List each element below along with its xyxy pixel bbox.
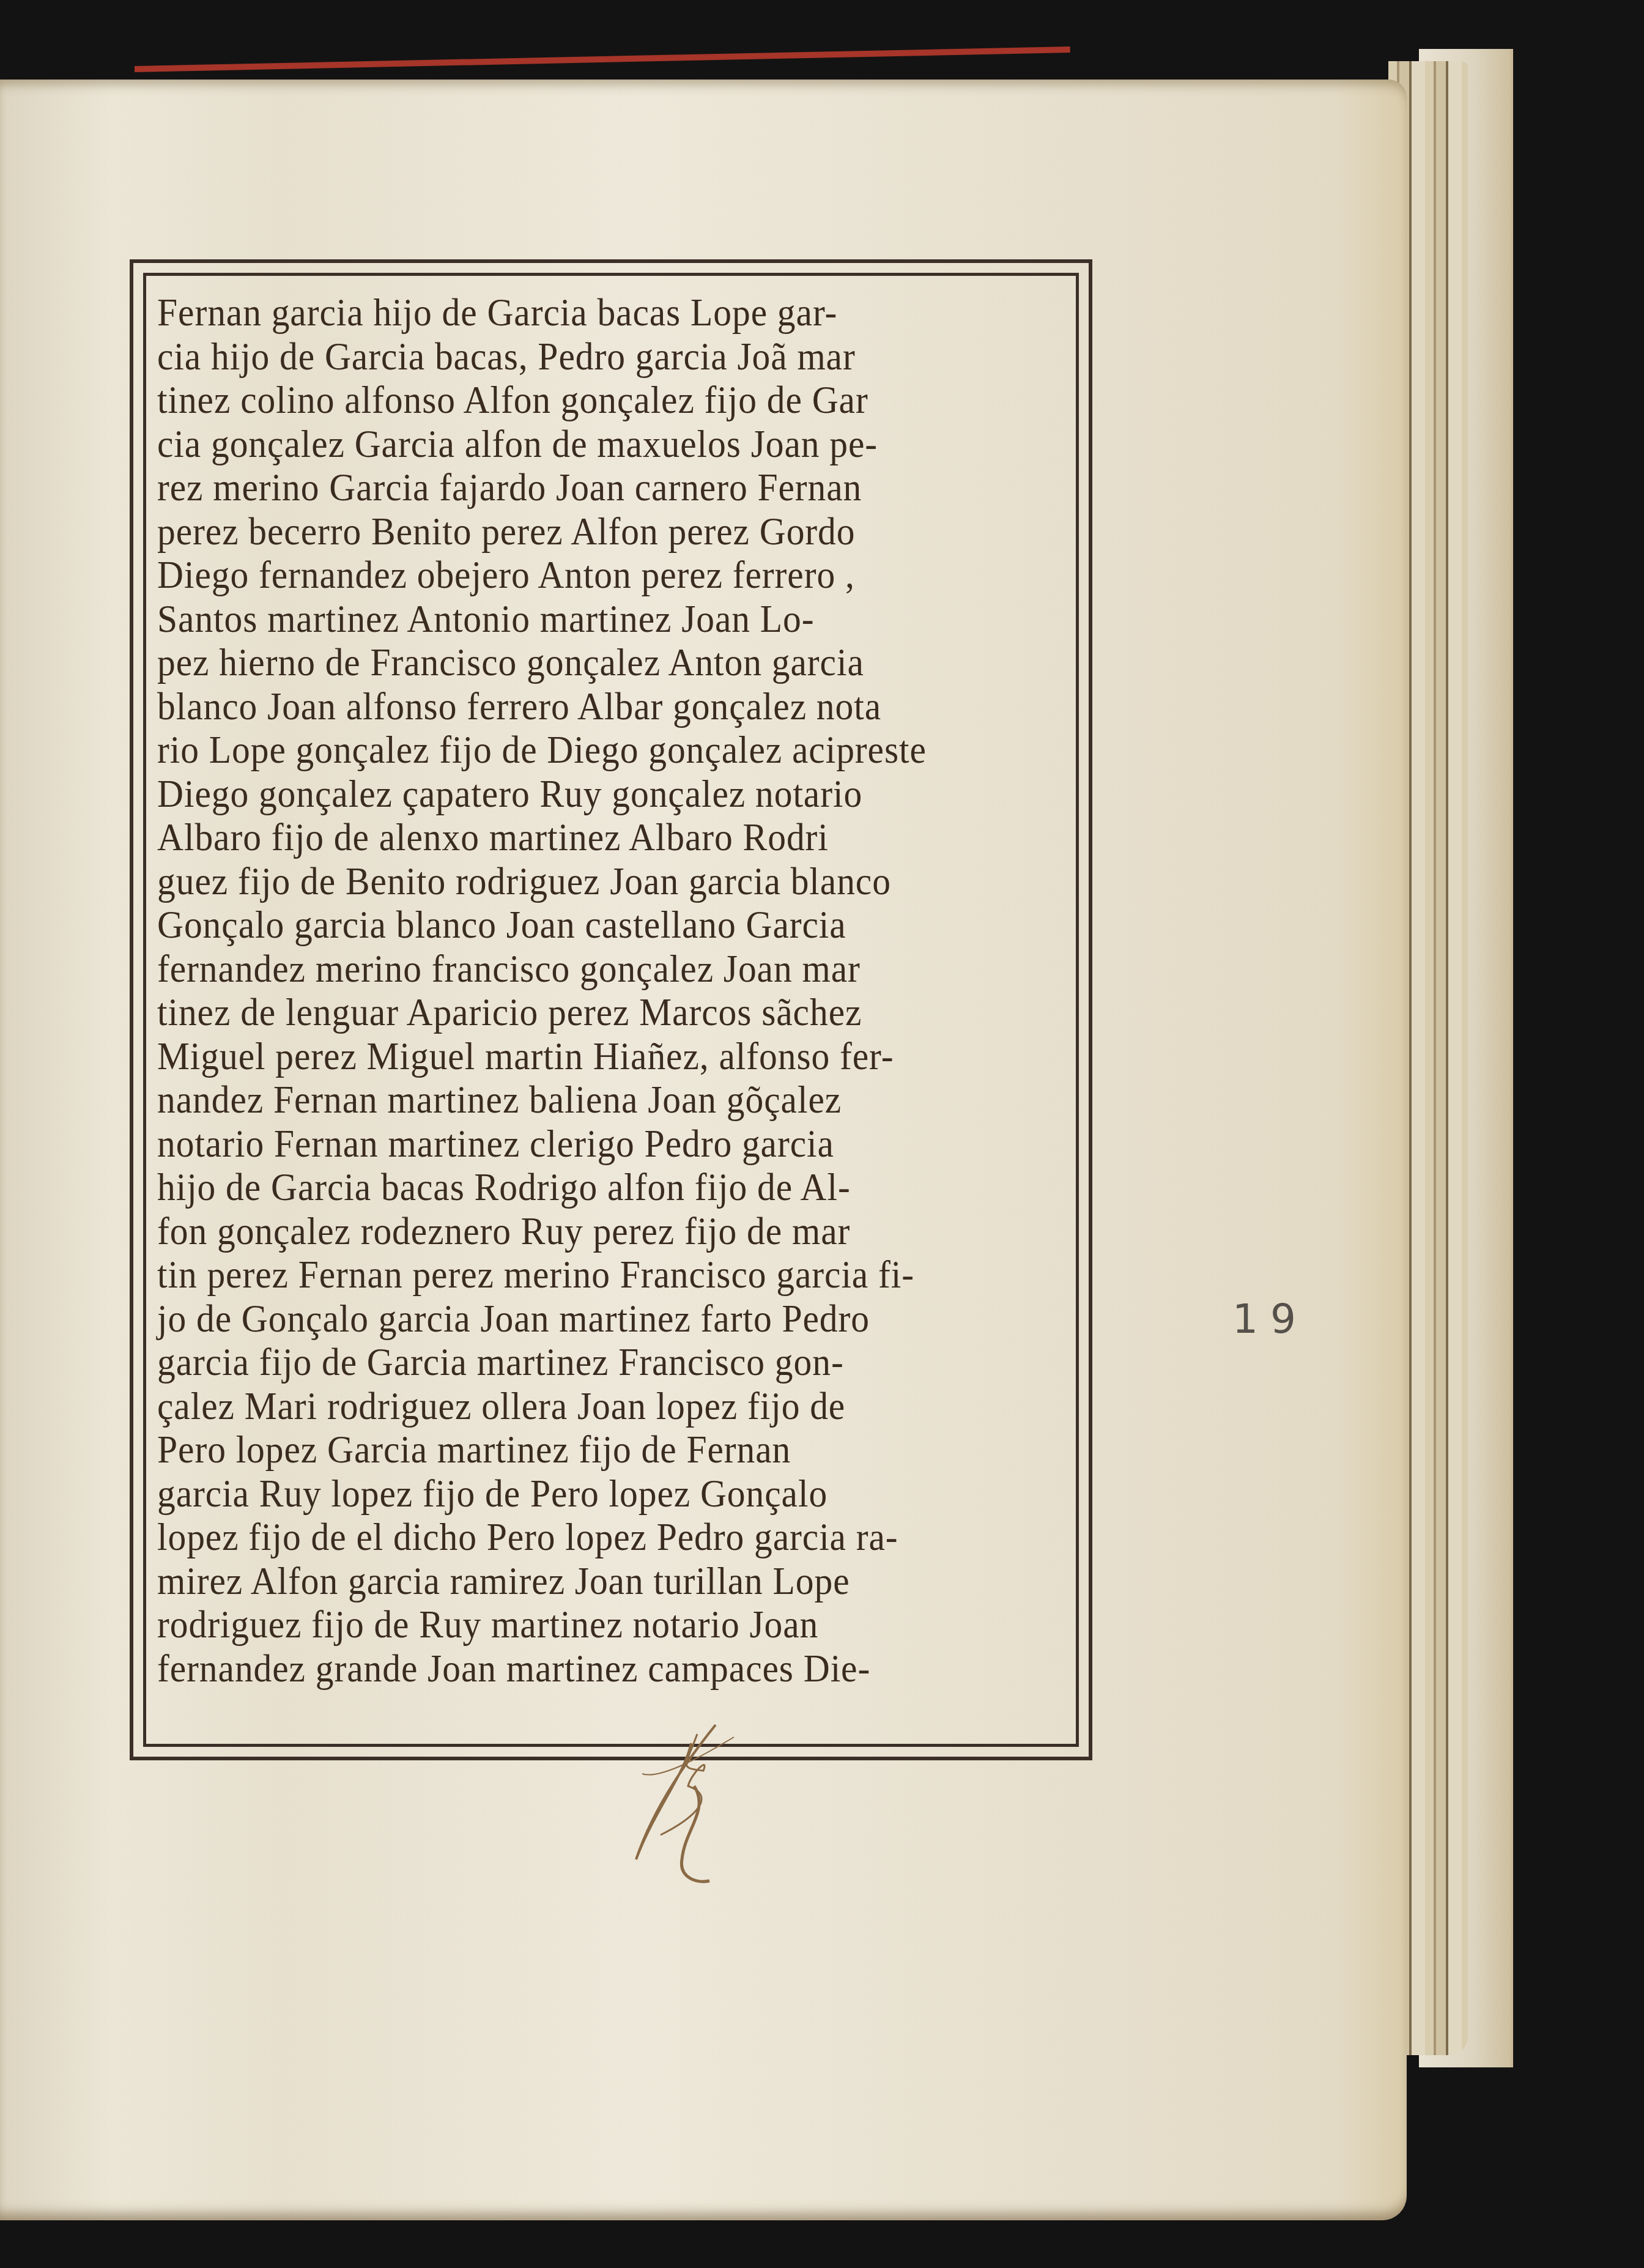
text-line: jo de Gonçalo garcia Joan martinez farto…	[157, 1297, 999, 1341]
text-line: Gonçalo garcia blanco Joan castellano Ga…	[157, 903, 999, 947]
notarial-rubric-icon	[618, 1719, 740, 1902]
red-edge-stain	[135, 46, 1070, 72]
text-line: Albaro fijo de alenxo martinez Albaro Ro…	[157, 815, 999, 859]
text-line: rodriguez fijo de Ruy martinez notario J…	[157, 1603, 999, 1647]
text-line: fernandez grande Joan martinez campaces …	[157, 1647, 999, 1691]
text-line: perez becerro Benito perez Alfon perez G…	[157, 510, 999, 554]
text-line: guez fijo de Benito rodriguez Joan garci…	[157, 859, 999, 903]
text-line: hijo de Garcia bacas Rodrigo alfon fijo …	[157, 1165, 999, 1209]
text-line: garcia Ruy lopez fijo de Pero lopez Gonç…	[157, 1472, 999, 1516]
text-line: Diego fernandez obejero Anton perez ferr…	[157, 553, 999, 597]
text-block: Fernan garcia hijo de Garcia bacas Lope …	[143, 273, 1079, 1747]
text-line: Santos martinez Antonio martinez Joan Lo…	[157, 597, 999, 641]
text-line: rez merino Garcia fajardo Joan carnero F…	[157, 465, 999, 510]
text-line: rio Lope gonçalez fijo de Diego gonçalez…	[157, 728, 999, 772]
text-line: pez hierno de Francisco gonçalez Anton g…	[157, 640, 999, 684]
text-line: garcia fijo de Garcia martinez Francisco…	[157, 1340, 999, 1384]
text-line: cia hijo de Garcia bacas, Pedro garcia J…	[157, 335, 999, 379]
text-line: cia gonçalez Garcia alfon de maxuelos Jo…	[157, 422, 999, 466]
text-line: lopez fijo de el dicho Pero lopez Pedro …	[157, 1515, 999, 1559]
text-line: nandez Fernan martinez baliena Joan gõça…	[157, 1078, 999, 1122]
text-line: Miguel perez Miguel martin Hiañez, alfon…	[157, 1034, 999, 1078]
text-line: tin perez Fernan perez merino Francisco …	[157, 1253, 999, 1297]
text-line: fon gonçalez rodeznero Ruy perez fijo de…	[157, 1209, 999, 1253]
text-line: Diego gonçalez çapatero Ruy gonçalez not…	[157, 772, 999, 816]
text-line: mirez Alfon garcia ramirez Joan turillan…	[157, 1559, 999, 1603]
text-line: tinez colino alfonso Alfon gonçalez fijo…	[157, 378, 999, 422]
text-line: blanco Joan alfonso ferrero Albar gonçal…	[157, 684, 999, 728]
folio-number: 19	[1232, 1295, 1308, 1343]
text-line: Fernan garcia hijo de Garcia bacas Lope …	[157, 291, 999, 335]
text-line: çalez Mari rodriguez ollera Joan lopez f…	[157, 1384, 999, 1428]
text-line: fernandez merino francisco gonçalez Joan…	[157, 947, 999, 991]
text-line: Pero lopez Garcia martinez fijo de Ferna…	[157, 1428, 999, 1472]
text-line: tinez de lenguar Aparicio perez Marcos s…	[157, 990, 999, 1034]
text-line: notario Fernan martinez clerigo Pedro ga…	[157, 1122, 999, 1166]
